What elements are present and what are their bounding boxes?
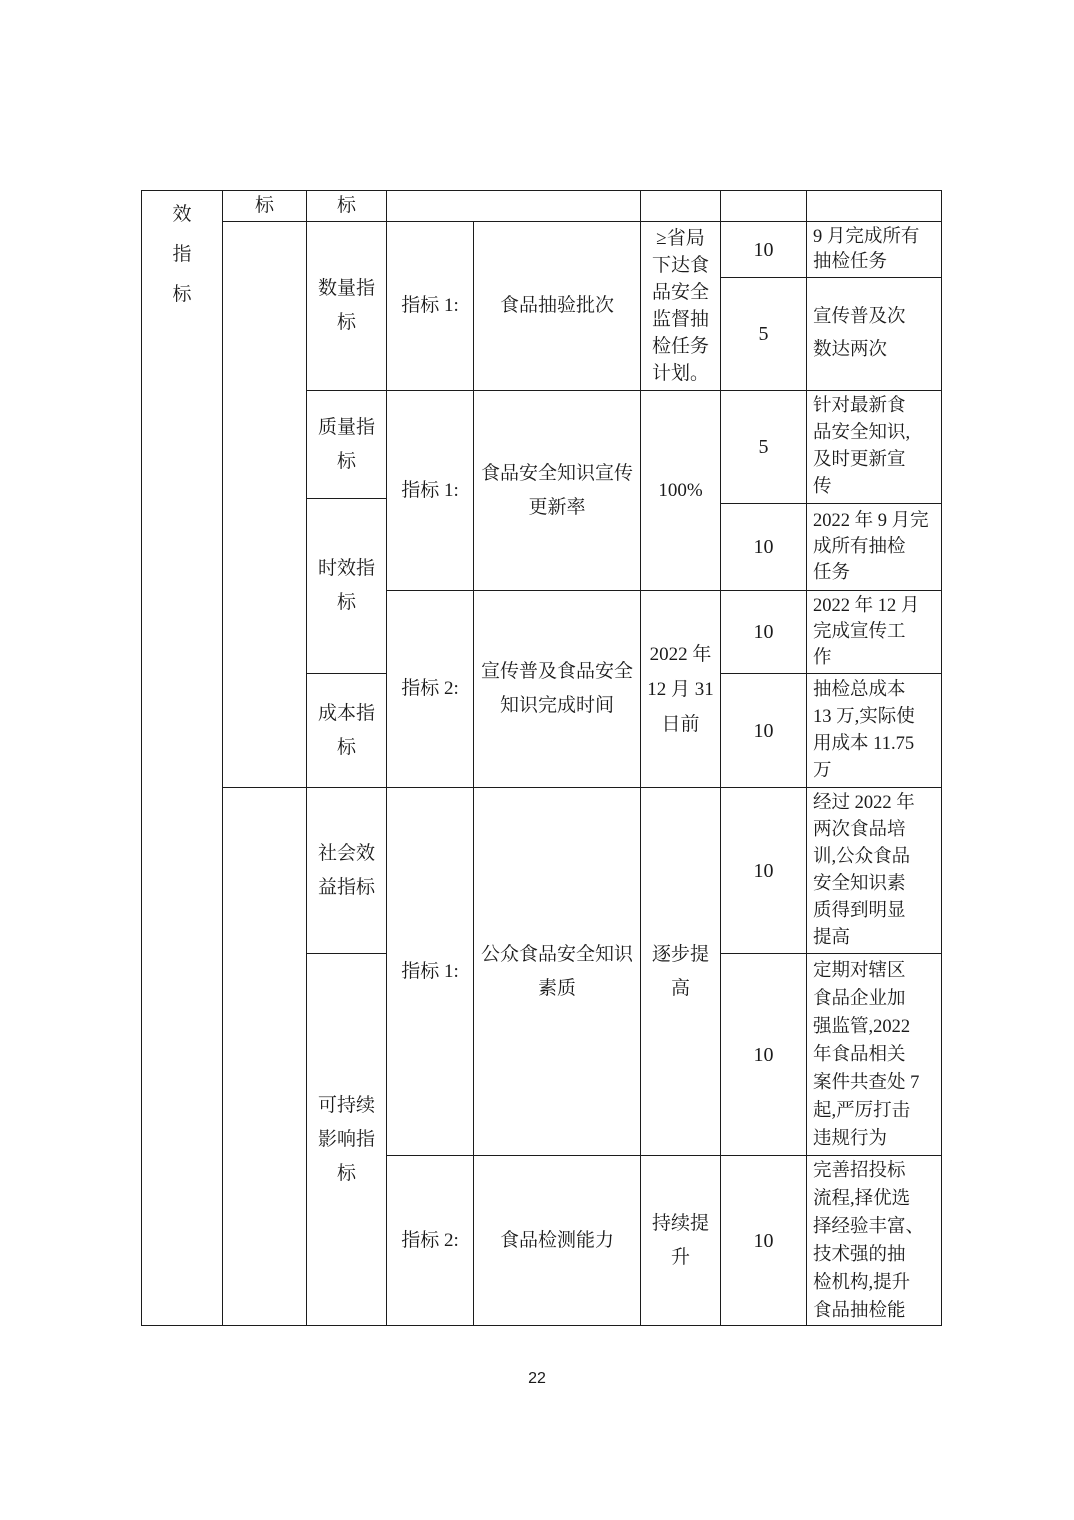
cell-empty xyxy=(806,190,942,222)
cell-completion: 抽检总成本 13 万,实际使 用成本 11.75 万 xyxy=(806,673,942,788)
cell-indicator1-label: 指标 1: xyxy=(386,787,474,1156)
cell-target-public-literacy: 逐步提 高 xyxy=(640,787,721,1156)
cell-score: 10 xyxy=(720,787,807,954)
cell-group-quality: 质量指 标 xyxy=(306,390,387,499)
cell-indicator-name-update-rate: 食品安全知识宣传 更新率 xyxy=(473,390,641,591)
cell-target-batch: ≥省局 下达食 品安全 监督抽 检任务 计划。 xyxy=(640,221,721,391)
cell-level3-continued: 标 xyxy=(306,190,387,222)
cell-indicator-name-completion-time: 宣传普及食品安全 知识完成时间 xyxy=(473,590,641,788)
cell-completion: 9 月完成所有 抽检任务 xyxy=(806,221,942,278)
cell-empty xyxy=(640,190,721,222)
cell-completion: 针对最新食 品安全知识, 及时更新宣 传 xyxy=(806,390,942,504)
cell-score: 5 xyxy=(720,277,807,391)
cell-completion: 经过 2022 年 两次食品培 训,公众食品 安全知识素 质得到明显 提高 xyxy=(806,787,942,954)
cell-indicator2-label: 指标 2: xyxy=(386,1155,474,1326)
cell-score: 10 xyxy=(720,953,807,1156)
cell-score: 5 xyxy=(720,390,807,504)
cell-indicator-name-public-literacy: 公众食品安全知识 素质 xyxy=(473,787,641,1156)
cell-completion: 定期对辖区 食品企业加 强监管,2022 年食品相关 案件共查处 7 起,严厉打… xyxy=(806,953,942,1156)
cell-completion: 2022 年 9 月完 成所有抽检 任务 xyxy=(806,503,942,591)
cell-target-completion-time: 2022 年 12 月 31 日前 xyxy=(640,590,721,788)
cell-empty xyxy=(720,190,807,222)
cell-indicator2-label: 指标 2: xyxy=(386,590,474,788)
page-number: 22 xyxy=(0,1370,1074,1388)
cell-group-timeliness: 时效指 标 xyxy=(306,498,387,674)
cell-completion: 完善招投标 流程,择优选 择经验丰富、 技术强的抽 检机构,提升 食品抽检能 xyxy=(806,1155,942,1326)
cell-completion: 宣传普及次 数达两次 xyxy=(806,277,942,391)
cell-group-cost: 成本指 标 xyxy=(306,673,387,788)
cell-score: 10 xyxy=(720,1155,807,1326)
cell-indicator1-label: 指标 1: xyxy=(386,221,474,391)
cell-indicator1-label: 指标 1: xyxy=(386,390,474,591)
cell-indicator-name-testing: 食品检测能力 xyxy=(473,1155,641,1326)
cell-group-social-benefit: 社会效 益指标 xyxy=(306,787,387,954)
document-page: 效 指 标 标 标 数量指 标 质量指 标 时效指 标 成本指 标 社会效 益指… xyxy=(0,0,1074,1520)
cell-indicator-name-batch: 食品抽验批次 xyxy=(473,221,641,391)
cell-level1-indicator: 效 指 标 xyxy=(141,190,223,1326)
cell-score: 10 xyxy=(720,503,807,591)
cell-target-update-rate: 100% xyxy=(640,390,721,591)
cell-level2-output xyxy=(222,221,307,788)
cell-group-quantity: 数量指 标 xyxy=(306,221,387,391)
cell-score: 10 xyxy=(720,673,807,788)
cell-empty xyxy=(386,190,641,222)
cell-level2-benefit xyxy=(222,787,307,1326)
cell-completion: 2022 年 12 月 完成宣传工 作 xyxy=(806,590,942,674)
cell-target-testing: 持续提 升 xyxy=(640,1155,721,1326)
cell-level2-continued: 标 xyxy=(222,190,307,222)
cell-score: 10 xyxy=(720,590,807,674)
cell-group-sustainability: 可持续 影响指 标 xyxy=(306,953,387,1326)
cell-score: 10 xyxy=(720,221,807,278)
